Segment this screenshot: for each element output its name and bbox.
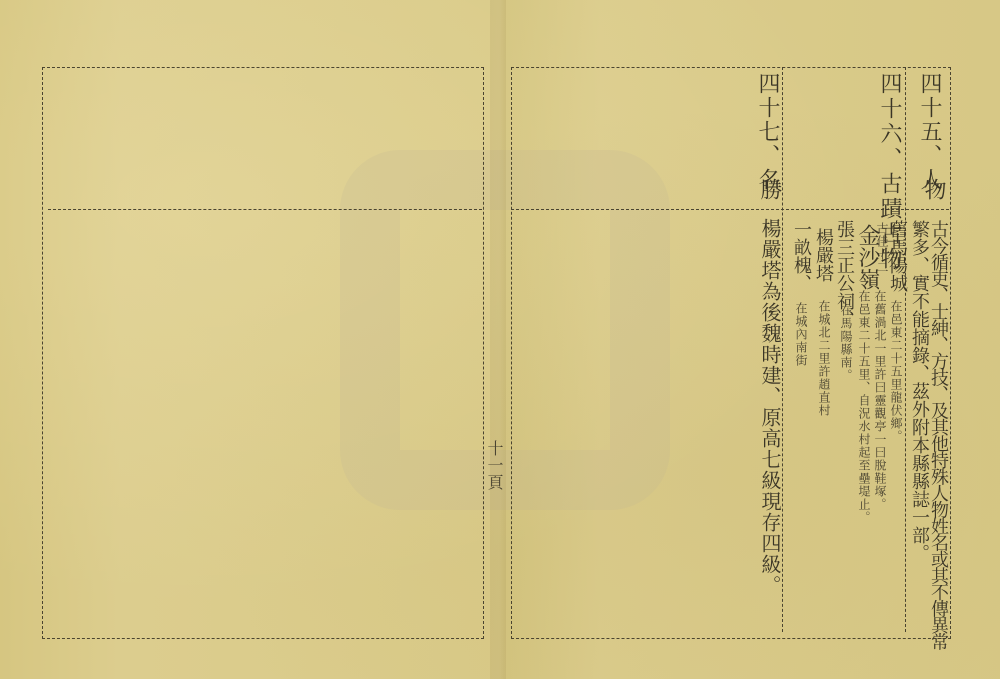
section-47-heading-top: 四十七、名 [756,72,778,192]
left-page-frame [42,67,484,639]
relic-name-6: 一畝槐、 [792,220,810,292]
relic-note-1: 在邑東二十五里龍伏鄉。 [890,300,902,443]
relic-name-5: 楊嚴塔 [814,228,832,282]
relic-note-2: 在舊渦北一里許曰靈觀亭一曰脫鞋塚。 [874,290,886,511]
relic-name-1: 舊馬陽城 [888,220,906,292]
relic-note-4: 在馬陽縣南。 [840,304,852,382]
left-page-header-rule [48,209,482,210]
section-45-line-1: 古今循吏、士紳、方技、及其他特殊人物姓名或其不傳異常 [929,220,947,649]
section-47-heading-bottom: 勝 [758,178,780,202]
relic-note-5: 在城北二里許趙直村 [818,300,830,417]
book-gutter [490,0,506,679]
column-divider-46-47 [782,67,783,632]
relic-note-6: 在城內南街 [795,302,807,367]
page-number: 十一頁 [486,440,502,491]
section-47-line-1: 楊嚴塔為後魏時建、原高七級現存四級。 [760,218,780,596]
section-45-heading-top: 四十五、人 [918,72,940,192]
column-divider-45-46 [905,67,906,632]
relic-name-3: 金沙嶺 [856,224,878,290]
section-45-line-2: 繁多、實不能摘錄、茲外附本縣縣誌一部。 [910,220,928,562]
relic-note-3: 在邑東二十五里、自況水村起至壘堤止。 [858,290,870,524]
section-45-heading-bottom: 物 [922,178,944,202]
